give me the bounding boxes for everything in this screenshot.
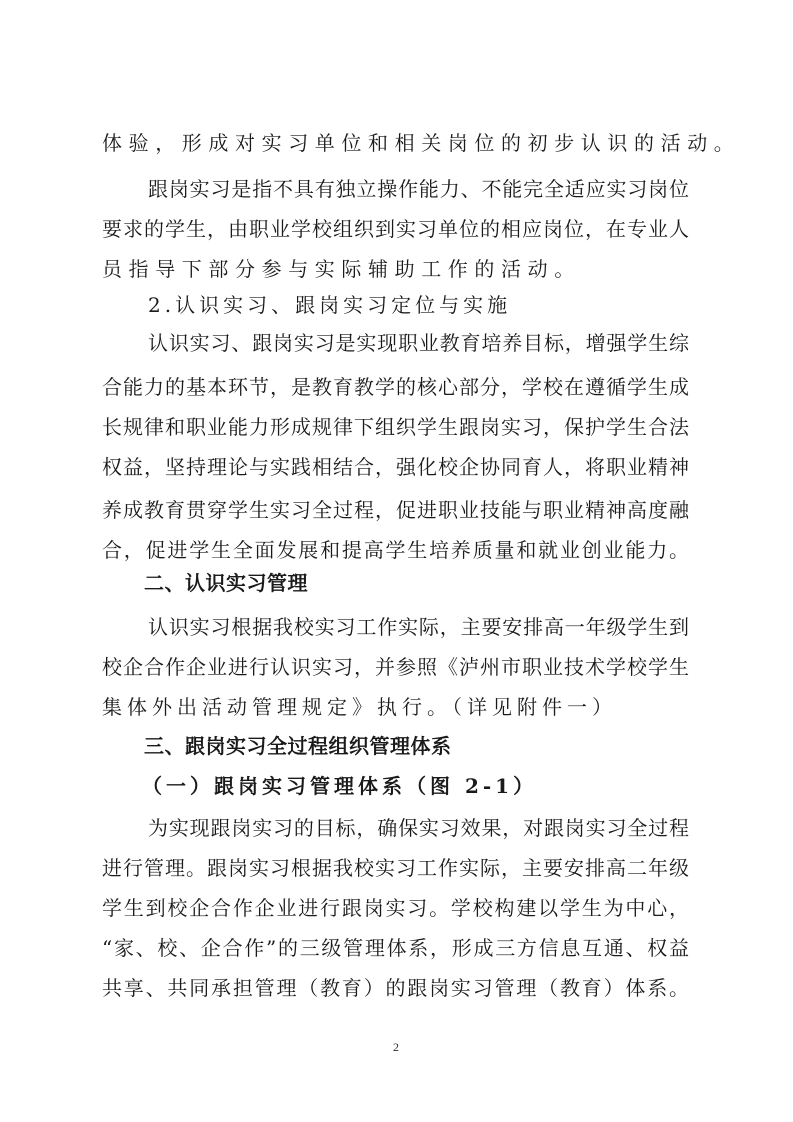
paragraph-line: “家、校、企合作”的三级管理体系，形成三方信息互通、权益 bbox=[102, 933, 689, 963]
paragraph-line: 认识实习、跟岗实习是实现职业教育培养目标，增强学生综 bbox=[148, 328, 689, 358]
paragraph-line: 为实现跟岗实习的目标，确保实习效果，对跟岗实习全过程 bbox=[148, 813, 689, 843]
paragraph-line: 进行管理。跟岗实习根据我校实习工作实际，主要安排高二年级 bbox=[102, 853, 689, 883]
paragraph-line: 权益，坚持理论与实践相结合，强化校企协同育人，将职业精神 bbox=[102, 452, 689, 482]
document-page: 体验，形成对实习单位和相关岗位的初步认识的活动。 跟岗实习是指不具有独立操作能力… bbox=[0, 0, 793, 1122]
paragraph-line: 认识实习根据我校实习工作实际，主要安排高一年级学生到 bbox=[148, 612, 689, 642]
section-heading-3: 三、跟岗实习全过程组织管理体系 bbox=[144, 731, 685, 761]
paragraph-line: 集体外出活动管理规定》执行。（详见附件一） bbox=[102, 692, 689, 722]
paragraph-line: 养成教育贯穿学生实习全过程，促进职业技能与职业精神高度融 bbox=[102, 495, 689, 525]
paragraph-line: 校企合作企业进行认识实习，并参照《泸州市职业技术学校学生 bbox=[102, 652, 689, 682]
paragraph-line: 合能力的基本环节，是教育教学的核心部分，学校在遵循学生成 bbox=[102, 372, 689, 402]
paragraph-line: 体验，形成对实习单位和相关岗位的初步认识的活动。 bbox=[102, 128, 689, 158]
paragraph-line: 合，促进学生全面发展和提高学生培养质量和就业创业能力。 bbox=[102, 535, 689, 565]
subsection-heading: （一）跟岗实习管理体系（图 2-1） bbox=[142, 771, 729, 801]
paragraph-line: 员指导下部分参与实际辅助工作的活动。 bbox=[102, 254, 689, 284]
page-number: 2 bbox=[386, 1040, 406, 1055]
paragraph-line: 长规律和职业能力形成规律下组织学生跟岗实习，保护学生合法 bbox=[102, 412, 689, 442]
section-subtitle: 2.认识实习、跟岗实习定位与实施 bbox=[148, 290, 689, 320]
paragraph-line: 要求的学生，由职业学校组织到实习单位的相应岗位，在专业人 bbox=[102, 214, 689, 244]
section-heading-2: 二、认识实习管理 bbox=[144, 568, 685, 598]
paragraph-line: 学生到校企合作企业进行跟岗实习。学校构建以学生为中心， bbox=[102, 893, 689, 923]
paragraph-line: 共享、共同承担管理（教育）的跟岗实习管理（教育）体系。 bbox=[102, 973, 689, 1003]
paragraph-line: 跟岗实习是指不具有独立操作能力、不能完全适应实习岗位 bbox=[148, 174, 689, 204]
